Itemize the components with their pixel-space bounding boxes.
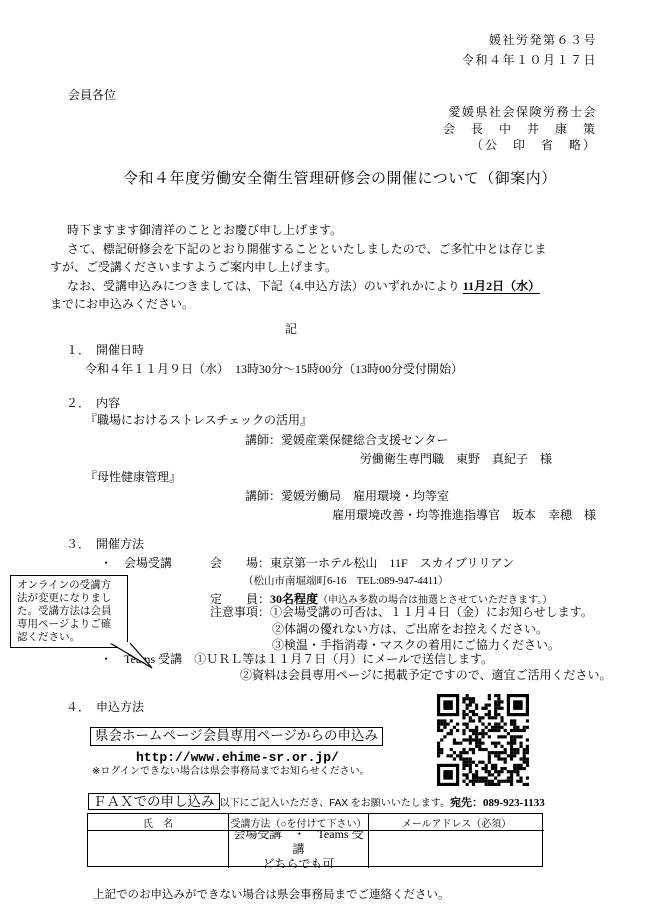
notes-line1: 注意事項：①会場受講の可否は、１１月４日（金）にお知らせします。 <box>210 605 593 620</box>
fax-application-line: ＦＡＸでの申し込み以下にご記入いただき、FAX をお願いいたします。宛先：089… <box>88 794 545 811</box>
greeting-line: なお、受講申込みにつきましては、下記（4.申込方法）のいずれかにより 11月2日… <box>50 277 547 296</box>
sender-org: 愛媛県社会保険労務士会 <box>443 104 597 121</box>
web-application-box: 県会ホームページ会員専用ページからの申込み <box>90 727 383 746</box>
method-either-line: どちらでも可 <box>263 857 335 868</box>
greeting-line: までにお申込みください。 <box>50 295 547 314</box>
doc-date: 令和４年１０月１７日 <box>462 51 597 71</box>
note2: ②体調の優れない方は、ご出席をお控えください。 <box>272 622 548 637</box>
ki-mark: 記 <box>285 322 297 337</box>
fax-application-table: 氏 名 受講方法（○を付けて下さい） メールアドレス（必須） 会場受講 ・ Te… <box>87 813 543 867</box>
fax-application-box: ＦＡＸでの申し込み <box>88 793 220 810</box>
fax-note: 以下にご記入いただき、FAX をお願いいたします。 <box>220 798 450 809</box>
fax-number: 宛先：089-923-1133 <box>450 797 545 809</box>
application-deadline: 11月2日（水） <box>463 279 540 294</box>
topic1-title: 『職場におけるストレスチェックの活用』 <box>85 413 312 428</box>
official-letter-page: 媛社労発第６３号 令和４年１０月１７日 会員各位 愛媛県社会保険労務士会 会 長… <box>0 0 645 913</box>
teams-note1: ①ＵＲＬ等は１１月７日（月）にメールで送信します。 <box>194 652 493 666</box>
doc-number: 媛社労発第６３号 <box>462 31 597 51</box>
table-cell-email <box>369 831 544 868</box>
venue-place-line: 会 場：東京第一ホテル松山 11F スカイブリリアン <box>210 556 514 571</box>
topic2-lecturer-name: 雇用環境改善・均等推進指導官 坂本 幸穂 様 <box>332 508 596 523</box>
teams-note2: ②資料は会員専用ページに掲載予定ですので、適宜ご活用ください。 <box>240 668 612 683</box>
document-title: 令和４年度労働安全衛生管理研修会の開催について（御案内） <box>123 170 557 189</box>
teams-line: ・ Teams 受講 ①ＵＲＬ等は１１月７日（月）にメールで送信します。 <box>100 652 493 667</box>
sender-president: 会 長 中 井 康 策 <box>443 121 597 138</box>
topic1-lecturer-name: 労働衛生専門職 東野 真紀子 様 <box>360 452 552 467</box>
greeting-line: すが、ご受講くださいますようご案内申し上げます。 <box>50 258 547 277</box>
section2-heading: ２． 内容 <box>66 396 120 411</box>
online-change-callout: オンラインの受講方法が変更になりました。受講方法は会員専用ページよりご確認くださ… <box>10 575 128 648</box>
section3-heading: ３． 開催方法 <box>66 537 144 552</box>
capacity-label: 定 員： <box>210 592 270 606</box>
venue-place: 東京第一ホテル松山 11F スカイブリリアン <box>270 556 514 570</box>
note1: ①会場受講の可否は、１１月４日（金）にお知らせします。 <box>270 605 593 619</box>
table-header-email: メールアドレス（必須） <box>369 814 544 831</box>
note3: ③検温・手指消毒・マスクの着用にご協力ください。 <box>272 638 560 653</box>
footer-note: 上記でのお申込みができない場合は県会事務局までご連絡ください。 <box>93 888 450 902</box>
venue-address: （松山市南堀端町6-16 TEL:089-947-4411） <box>243 575 449 588</box>
capacity-value: 30名程度 <box>270 592 318 606</box>
topic2-lecturer-org: 講師：愛媛労働局 雇用環境・均等室 <box>245 489 449 504</box>
sender-block: 愛媛県社会保険労務士会 会 長 中 井 康 策 （公 印 省 略） <box>443 104 597 154</box>
table-cell-method: 会場受講 ・ Teams 受講 どちらでも可 <box>229 831 369 868</box>
section4-heading: ４． 申込方法 <box>66 700 144 715</box>
login-note: ※ログインできない場合は県会事務局までお知らせください。 <box>92 766 370 779</box>
sender-seal-note: （公 印 省 略） <box>443 137 597 154</box>
qr-code <box>437 694 529 786</box>
table-header-method: 受講方法（○を付けて下さい） <box>229 814 369 831</box>
venue-label: 会場受講 <box>124 556 172 570</box>
addressee: 会員各位 <box>68 88 116 103</box>
event-datetime: 令和４年１１月９日（水） 13時30分～15時00分（13時00分受付開始） <box>85 362 463 377</box>
deadline-sentence-pre: なお、受講申込みにつきましては、下記（4.申込方法）のいずれかにより <box>67 279 463 293</box>
notes-label: 注意事項： <box>210 605 270 619</box>
section1-heading: １． 開催日時 <box>66 343 144 358</box>
table-header-name: 氏 名 <box>88 814 229 831</box>
greeting-line: 時下ますます御清祥のこととお慶び申し上げます。 <box>50 221 547 240</box>
greeting-line: さて、標記研修会を下記のとおり開催することといたしましたので、ご多忙中とは存じま <box>50 240 547 259</box>
topic2-title: 『母性健康管理』 <box>85 470 181 485</box>
table-cell-name <box>88 831 229 868</box>
method-option-line: 会場受講 ・ Teams 受講 <box>229 831 368 857</box>
topic1-lecturer-org: 講師：愛媛産業保健総合支援センター <box>245 433 449 448</box>
doc-header-block: 媛社労発第６３号 令和４年１０月１７日 <box>462 31 597 70</box>
greeting-block: 時下ますます御清祥のこととお慶び申し上げます。 さて、標記研修会を下記のとおり開… <box>50 221 547 314</box>
callout-tail <box>98 642 156 670</box>
association-url: http://www.ehime-sr.or.jp/ <box>136 750 339 766</box>
venue-place-label: 会 場： <box>210 556 270 570</box>
venue-line: ・ 会場受講 <box>100 556 172 571</box>
venue-bullet: ・ <box>100 556 112 570</box>
